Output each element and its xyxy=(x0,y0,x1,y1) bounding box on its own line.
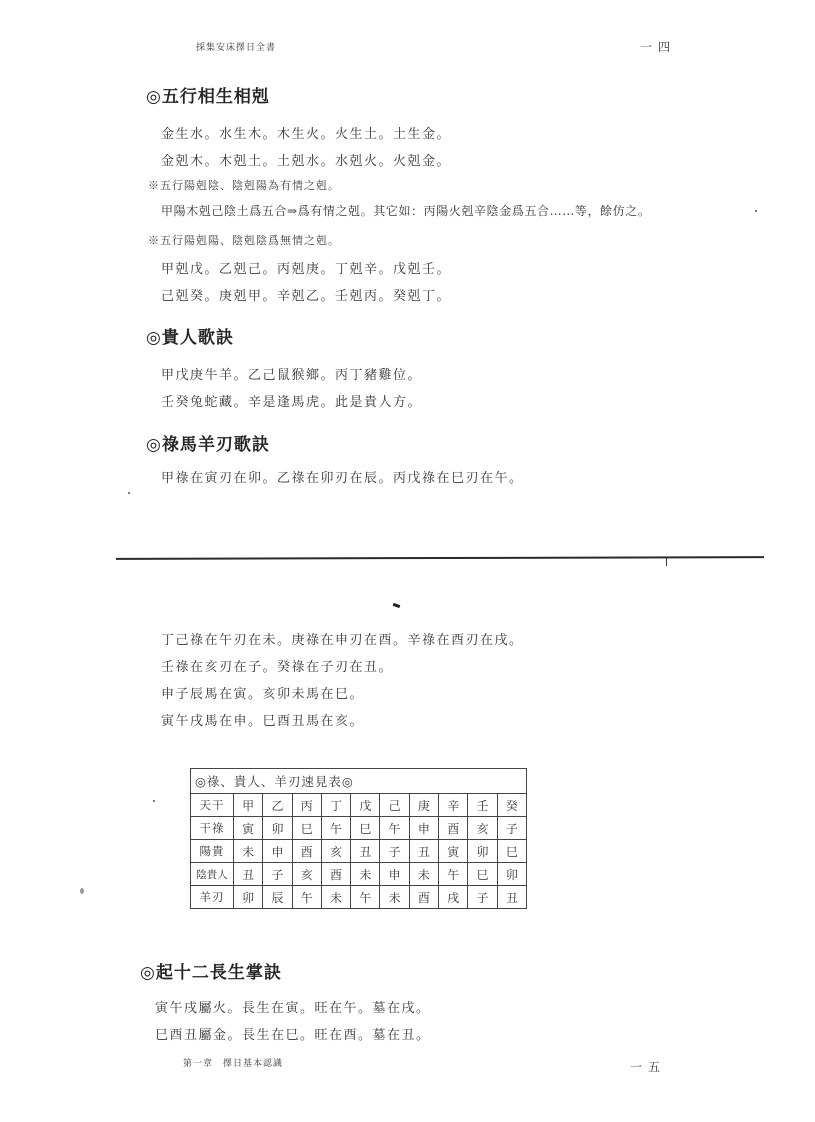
table-row: 羊刃 卯 辰 午 未 午 未 酉 戌 子 丑 xyxy=(191,886,527,909)
table-cell: 卯 xyxy=(468,840,497,863)
section-heading-guiren: ◎貴人歌訣 xyxy=(146,323,234,348)
chapter-footer: 第一章 擇日基本認識 xyxy=(183,1056,283,1069)
table-cell: 未 xyxy=(321,886,350,909)
table-row: 天干 甲 乙 丙 丁 戊 己 庚 辛 壬 癸 xyxy=(191,794,527,817)
table-cell: 丑 xyxy=(234,863,263,886)
table-cell: 午 xyxy=(351,886,380,909)
table-cell: 戌 xyxy=(439,886,468,909)
scan-speck xyxy=(153,800,155,802)
text-line: 甲祿在寅刃在卯。乙祿在卯刃在辰。丙戊祿在巳刃在午。 xyxy=(161,467,524,486)
scan-speck xyxy=(80,888,84,894)
table-cell: 辰 xyxy=(263,886,292,909)
table-cell: 未 xyxy=(409,863,438,886)
table-cell: 子 xyxy=(380,840,409,863)
table-cell: 午 xyxy=(439,863,468,886)
text-line: 金生水。水生木。木生火。火生土。土生金。 xyxy=(161,123,451,142)
page-number-bottom: 一五 xyxy=(630,1058,666,1075)
page-number-top: 一四 xyxy=(640,38,676,55)
table-cell: 己 xyxy=(380,794,409,817)
table-row: 陽貴 未 申 酉 亥 丑 子 丑 寅 卯 巳 xyxy=(191,840,527,863)
table-title: ◎祿、貴人、羊刃速見表◎ xyxy=(191,769,527,794)
table-cell: 申 xyxy=(380,863,409,886)
table-cell: 酉 xyxy=(439,817,468,840)
section-heading-wuxing: ◎五行相生相剋 xyxy=(146,82,270,107)
row-label: 天干 xyxy=(191,794,234,817)
note-line: ※五行陽剋陰、陰剋陽為有情之剋。 xyxy=(148,177,340,193)
table-row: 陰貴人 丑 子 亥 酉 未 申 未 午 巳 卯 xyxy=(191,863,527,886)
text-line: 壬祿在亥刃在子。癸祿在子刃在丑。 xyxy=(161,656,393,675)
table-title-row: ◎祿、貴人、羊刃速見表◎ xyxy=(191,769,527,794)
table-cell: 寅 xyxy=(439,840,468,863)
running-head: 採集安床擇日全書 xyxy=(196,40,276,53)
table-cell: 辛 xyxy=(439,794,468,817)
table-cell: 午 xyxy=(292,886,321,909)
table-cell: 卯 xyxy=(497,863,526,886)
row-label: 干祿 xyxy=(191,817,234,840)
table-cell: 丑 xyxy=(497,886,526,909)
divider-tick xyxy=(666,558,667,566)
scan-mark xyxy=(393,603,401,608)
table-cell: 巳 xyxy=(497,840,526,863)
row-label: 羊刃 xyxy=(191,886,234,909)
table-cell: 亥 xyxy=(468,817,497,840)
table-cell: 壬 xyxy=(468,794,497,817)
table-cell: 戊 xyxy=(351,794,380,817)
table-cell: 子 xyxy=(263,863,292,886)
table-cell: 巳 xyxy=(292,817,321,840)
table-cell: 丑 xyxy=(409,840,438,863)
text-line: 金剋木。木剋土。土剋水。水剋火。火剋金。 xyxy=(161,150,451,169)
section-heading-luma-yangren: ◎祿馬羊刃歌訣 xyxy=(146,430,270,455)
row-label: 陰貴人 xyxy=(191,863,234,886)
text-line: 丁己祿在午刃在未。庚祿在申刃在酉。辛祿在酉刃在戌。 xyxy=(161,629,524,648)
text-line: 寅午戌馬在申。巳酉丑馬在亥。 xyxy=(161,710,364,729)
table-cell: 寅 xyxy=(234,817,263,840)
table-cell: 巳 xyxy=(468,863,497,886)
text-line: 寅午戌屬火。長生在寅。旺在午。墓在戌。 xyxy=(155,997,431,1016)
table-cell: 丁 xyxy=(321,794,350,817)
text-line: 甲戊庚牛羊。乙己鼠猴鄉。丙丁豬雞位。 xyxy=(161,364,422,383)
section-heading-changsheng: ◎起十二長生掌訣 xyxy=(140,958,282,983)
table-cell: 丑 xyxy=(351,840,380,863)
table-cell: 亥 xyxy=(292,863,321,886)
text-line: 己剋癸。庚剋甲。辛剋乙。壬剋丙。癸剋丁。 xyxy=(161,285,451,304)
table-cell: 申 xyxy=(409,817,438,840)
text-line: 申子辰馬在寅。亥卯未馬在巳。 xyxy=(161,683,364,702)
table-cell: 丙 xyxy=(292,794,321,817)
table-cell: 未 xyxy=(351,863,380,886)
table-cell: 亥 xyxy=(321,840,350,863)
text-line: 甲剋戊。乙剋己。丙剋庚。丁剋辛。戊剋壬。 xyxy=(161,258,451,277)
row-label: 陽貴 xyxy=(191,840,234,863)
table-cell: 子 xyxy=(468,886,497,909)
text-line: 巳酉丑屬金。長生在巳。旺在酉。墓在丑。 xyxy=(155,1024,431,1043)
lu-guiren-yangren-table: ◎祿、貴人、羊刃速見表◎ 天干 甲 乙 丙 丁 戊 己 庚 辛 壬 癸 干祿 寅… xyxy=(190,768,527,909)
table-cell: 午 xyxy=(321,817,350,840)
table-row: 干祿 寅 卯 巳 午 巳 午 申 酉 亥 子 xyxy=(191,817,527,840)
table-cell: 卯 xyxy=(234,886,263,909)
scan-speck xyxy=(128,492,130,494)
table-cell: 庚 xyxy=(409,794,438,817)
table-cell: 巳 xyxy=(351,817,380,840)
text-line: 甲陽木剋己陰土爲五合⇒爲有情之剋。其它如：丙陽火剋辛陰金爲五合……等，餘仿之。 xyxy=(161,202,650,219)
note-line: ※五行陽剋陽、陰剋陰爲無情之剋。 xyxy=(148,232,340,248)
table-cell: 未 xyxy=(234,840,263,863)
table-cell: 乙 xyxy=(263,794,292,817)
table-cell: 酉 xyxy=(292,840,321,863)
table-cell: 未 xyxy=(380,886,409,909)
table-cell: 酉 xyxy=(321,863,350,886)
table-cell: 酉 xyxy=(409,886,438,909)
text-line: 壬癸兔蛇藏。辛是逢馬虎。此是貴人方。 xyxy=(161,391,422,410)
table-cell: 癸 xyxy=(497,794,526,817)
table-cell: 申 xyxy=(263,840,292,863)
scan-speck xyxy=(755,210,757,212)
table-cell: 卯 xyxy=(263,817,292,840)
table-cell: 午 xyxy=(380,817,409,840)
table-cell: 甲 xyxy=(234,794,263,817)
table-cell: 子 xyxy=(497,817,526,840)
